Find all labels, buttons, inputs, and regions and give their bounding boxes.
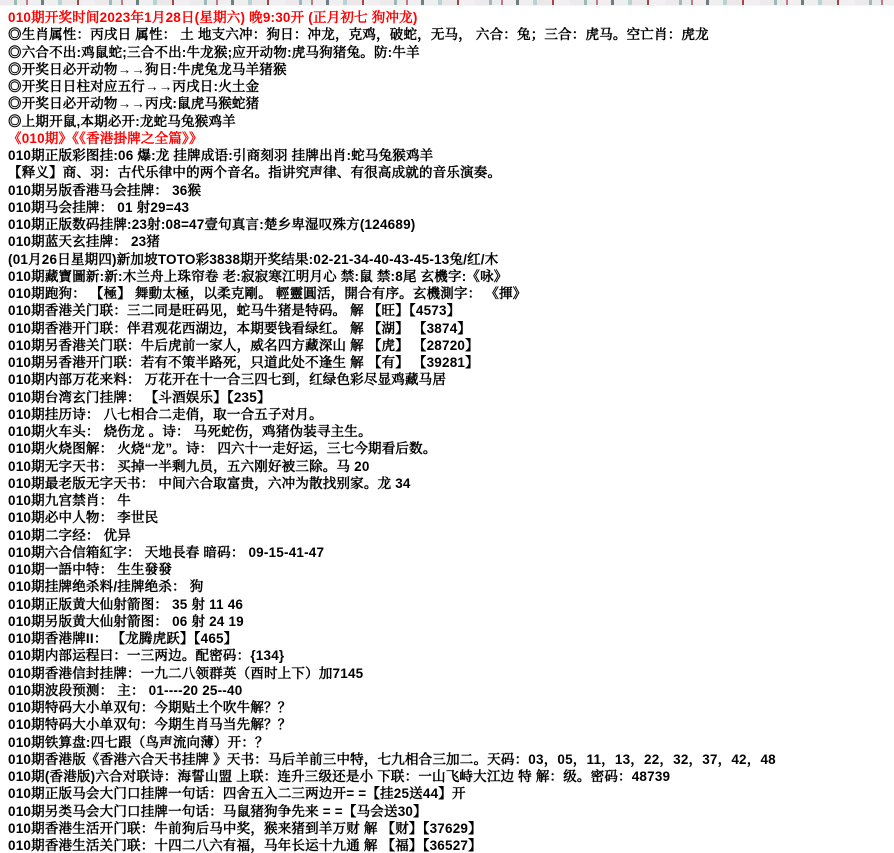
- text-line: 010期香港生活关门联：十四二八六有福，马年长运十九通 解 【福】【36527】: [8, 837, 890, 853]
- text-line: 010期另类马会大门口挂牌一句话：马鼠猪狗争先来 = =【马会送30】: [8, 803, 890, 820]
- text-line: ◎生肖属性：丙戌日 属性： 土 地支六冲：狗日：冲龙，克鸡，破蛇，无马， 六合：…: [8, 26, 890, 43]
- text-line: 010期蓝天玄挂牌： 23猪: [8, 233, 890, 250]
- text-line: 010期香港开门联：伴君观花西湖边，本期要钱看绿红。 解 【湖】 【3874】: [8, 320, 890, 337]
- text-line: (01月26日星期四)新加坡TOTO彩3838期开奖结果:02-21-34-40…: [8, 251, 890, 268]
- text-line: 010期跑狗： 【極】 舞動太極，以柔克剛。 輕靈圓活，開合有序。玄機測字： 《…: [8, 285, 890, 302]
- text-line: 《010期》《《香港掛牌之全篇》》: [8, 130, 890, 147]
- text-line: 010期另香港关门联：牛后虎前一家人，威名四方藏深山 解 【虎】 【28720】: [8, 337, 890, 354]
- text-line: 010期正版马会大门口挂牌一句话：四舍五入二三两边开= =【挂25送44】开: [8, 785, 890, 802]
- text-line: 010期香港生活开门联：牛前狗后马中奖，猴来猪到羊万财 解 【财】【37629】: [8, 820, 890, 837]
- text-line: 010期开奖时间2023年1月28日(星期六) 晚9:30开 (正月初七 狗冲龙…: [8, 9, 890, 26]
- text-line: 010期另版香港马会挂牌： 36猴: [8, 182, 890, 199]
- text-line: 010期正版数码挂牌:23射:08=47壹句真言:楚乡卑湿叹殊方(124689): [8, 216, 890, 233]
- text-line: 010期正版彩图挂:06 爆:龙 挂牌成语:引商刻羽 挂牌出肖:蛇马兔猴鸡羊: [8, 147, 890, 164]
- text-line: 010期另版黄大仙射箭图： 06 射 24 19: [8, 613, 890, 630]
- text-line: 010期内部运程曰：一三两边。配密码：{134}: [8, 647, 890, 664]
- text-line: 010期马会挂牌： 01 射29=43: [8, 199, 890, 216]
- text-line: 010期火烧图解： 火烧“龙”。诗： 四六十一走好运，三七今期看后数。: [8, 440, 890, 457]
- text-content: 010期开奖时间2023年1月28日(星期六) 晚9:30开 (正月初七 狗冲龙…: [0, 6, 894, 853]
- text-line: ◎开奖日必开动物→→丙戌:鼠虎马猴蛇猪: [8, 95, 890, 112]
- text-line: 010期必中人物： 李世民: [8, 509, 890, 526]
- text-line: ◎开奖日必开动物→→狗日:牛虎兔龙马羊猪猴: [8, 61, 890, 78]
- text-line: 010期香港关门联：三二同是旺码见，蛇马牛猪是特码。 解 【旺】【4573】: [8, 302, 890, 319]
- text-line: 010期一語中特： 生生發發: [8, 561, 890, 578]
- text-line: 010期无字天书： 买掉一半剩九员，五六刚好被三除。马 20: [8, 458, 890, 475]
- text-line: 010期二字经： 优异: [8, 527, 890, 544]
- text-line: 010期香港牌II： 【龙腾虎跃】【465】: [8, 630, 890, 647]
- text-line: 010期挂牌绝杀料/挂牌绝杀： 狗: [8, 578, 890, 595]
- text-line: 010期最老版无字天书： 中间六合取富贵，六冲为散找别家。龙 34: [8, 475, 890, 492]
- text-line: 010期内部万花来料： 万花开在十一合三四七到，红绿色彩尽显鸡藏马居: [8, 371, 890, 388]
- text-line: 010期台湾玄门挂牌： 【斗酒娱乐】【235】: [8, 389, 890, 406]
- text-line: 010期挂历诗： 八七相合二走俏，取一合五子对月。: [8, 406, 890, 423]
- text-line: 010期铁算盘:四七跟（鸟声流向薄）开：？: [8, 734, 890, 751]
- text-line: ◎开奖日日柱对应五行→→丙戌日:火土金: [8, 78, 890, 95]
- text-line: 010期藏寶圖新:新:木兰舟上珠帘卷 老:寂寂寒江明月心 禁:鼠 禁:8尾 玄機…: [8, 268, 890, 285]
- text-line: 010期香港版《香港六合天书挂牌 》天书：马后羊前三中特，七九相合三加二。天码：…: [8, 751, 890, 768]
- text-line: 010期香港信封挂牌：一九二八领群英（酉时上下）加7145: [8, 665, 890, 682]
- text-line: 010期特码大小单双句：今期生肖马当先解？？: [8, 716, 890, 733]
- lottery-tips-page: 010期开奖时间2023年1月28日(星期六) 晚9:30开 (正月初七 狗冲龙…: [0, 0, 894, 853]
- text-line: 010期波段预测： 主： 01----20 25--40: [8, 682, 890, 699]
- text-line: 010期另香港开门联：若有不策半路死，只道此处不逢生 解 【有】 【39281】: [8, 354, 890, 371]
- text-line: ◎上期开鼠,本期必开:龙蛇马兔猴鸡羊: [8, 113, 890, 130]
- text-line: 010期正版黄大仙射箭图： 35 射 11 46: [8, 596, 890, 613]
- text-line: 010期九宫禁肖： 牛: [8, 492, 890, 509]
- text-line: 【释义】商、羽：古代乐律中的两个音名。指讲究声律、有很高成就的音乐演奏。: [8, 164, 890, 181]
- text-line: 010期(香港版)六合对联诗：海誓山盟 上联：连升三级还是小 下联：一山飞峙大江…: [8, 768, 890, 785]
- text-line: ◎六合不出:鸡鼠蛇;三合不出:牛龙猴;应开动物:虎马狗猪兔。防:牛羊: [8, 44, 890, 61]
- text-line: 010期六合信箱紅字： 天地長春 暗码： 09-15-41-47: [8, 544, 890, 561]
- text-line: 010期特码大小单双句：今期贴土个吹牛解？？: [8, 699, 890, 716]
- text-line: 010期火车头： 烧伤龙 。诗： 马死蛇伤，鸡猪伪装寻主生。: [8, 423, 890, 440]
